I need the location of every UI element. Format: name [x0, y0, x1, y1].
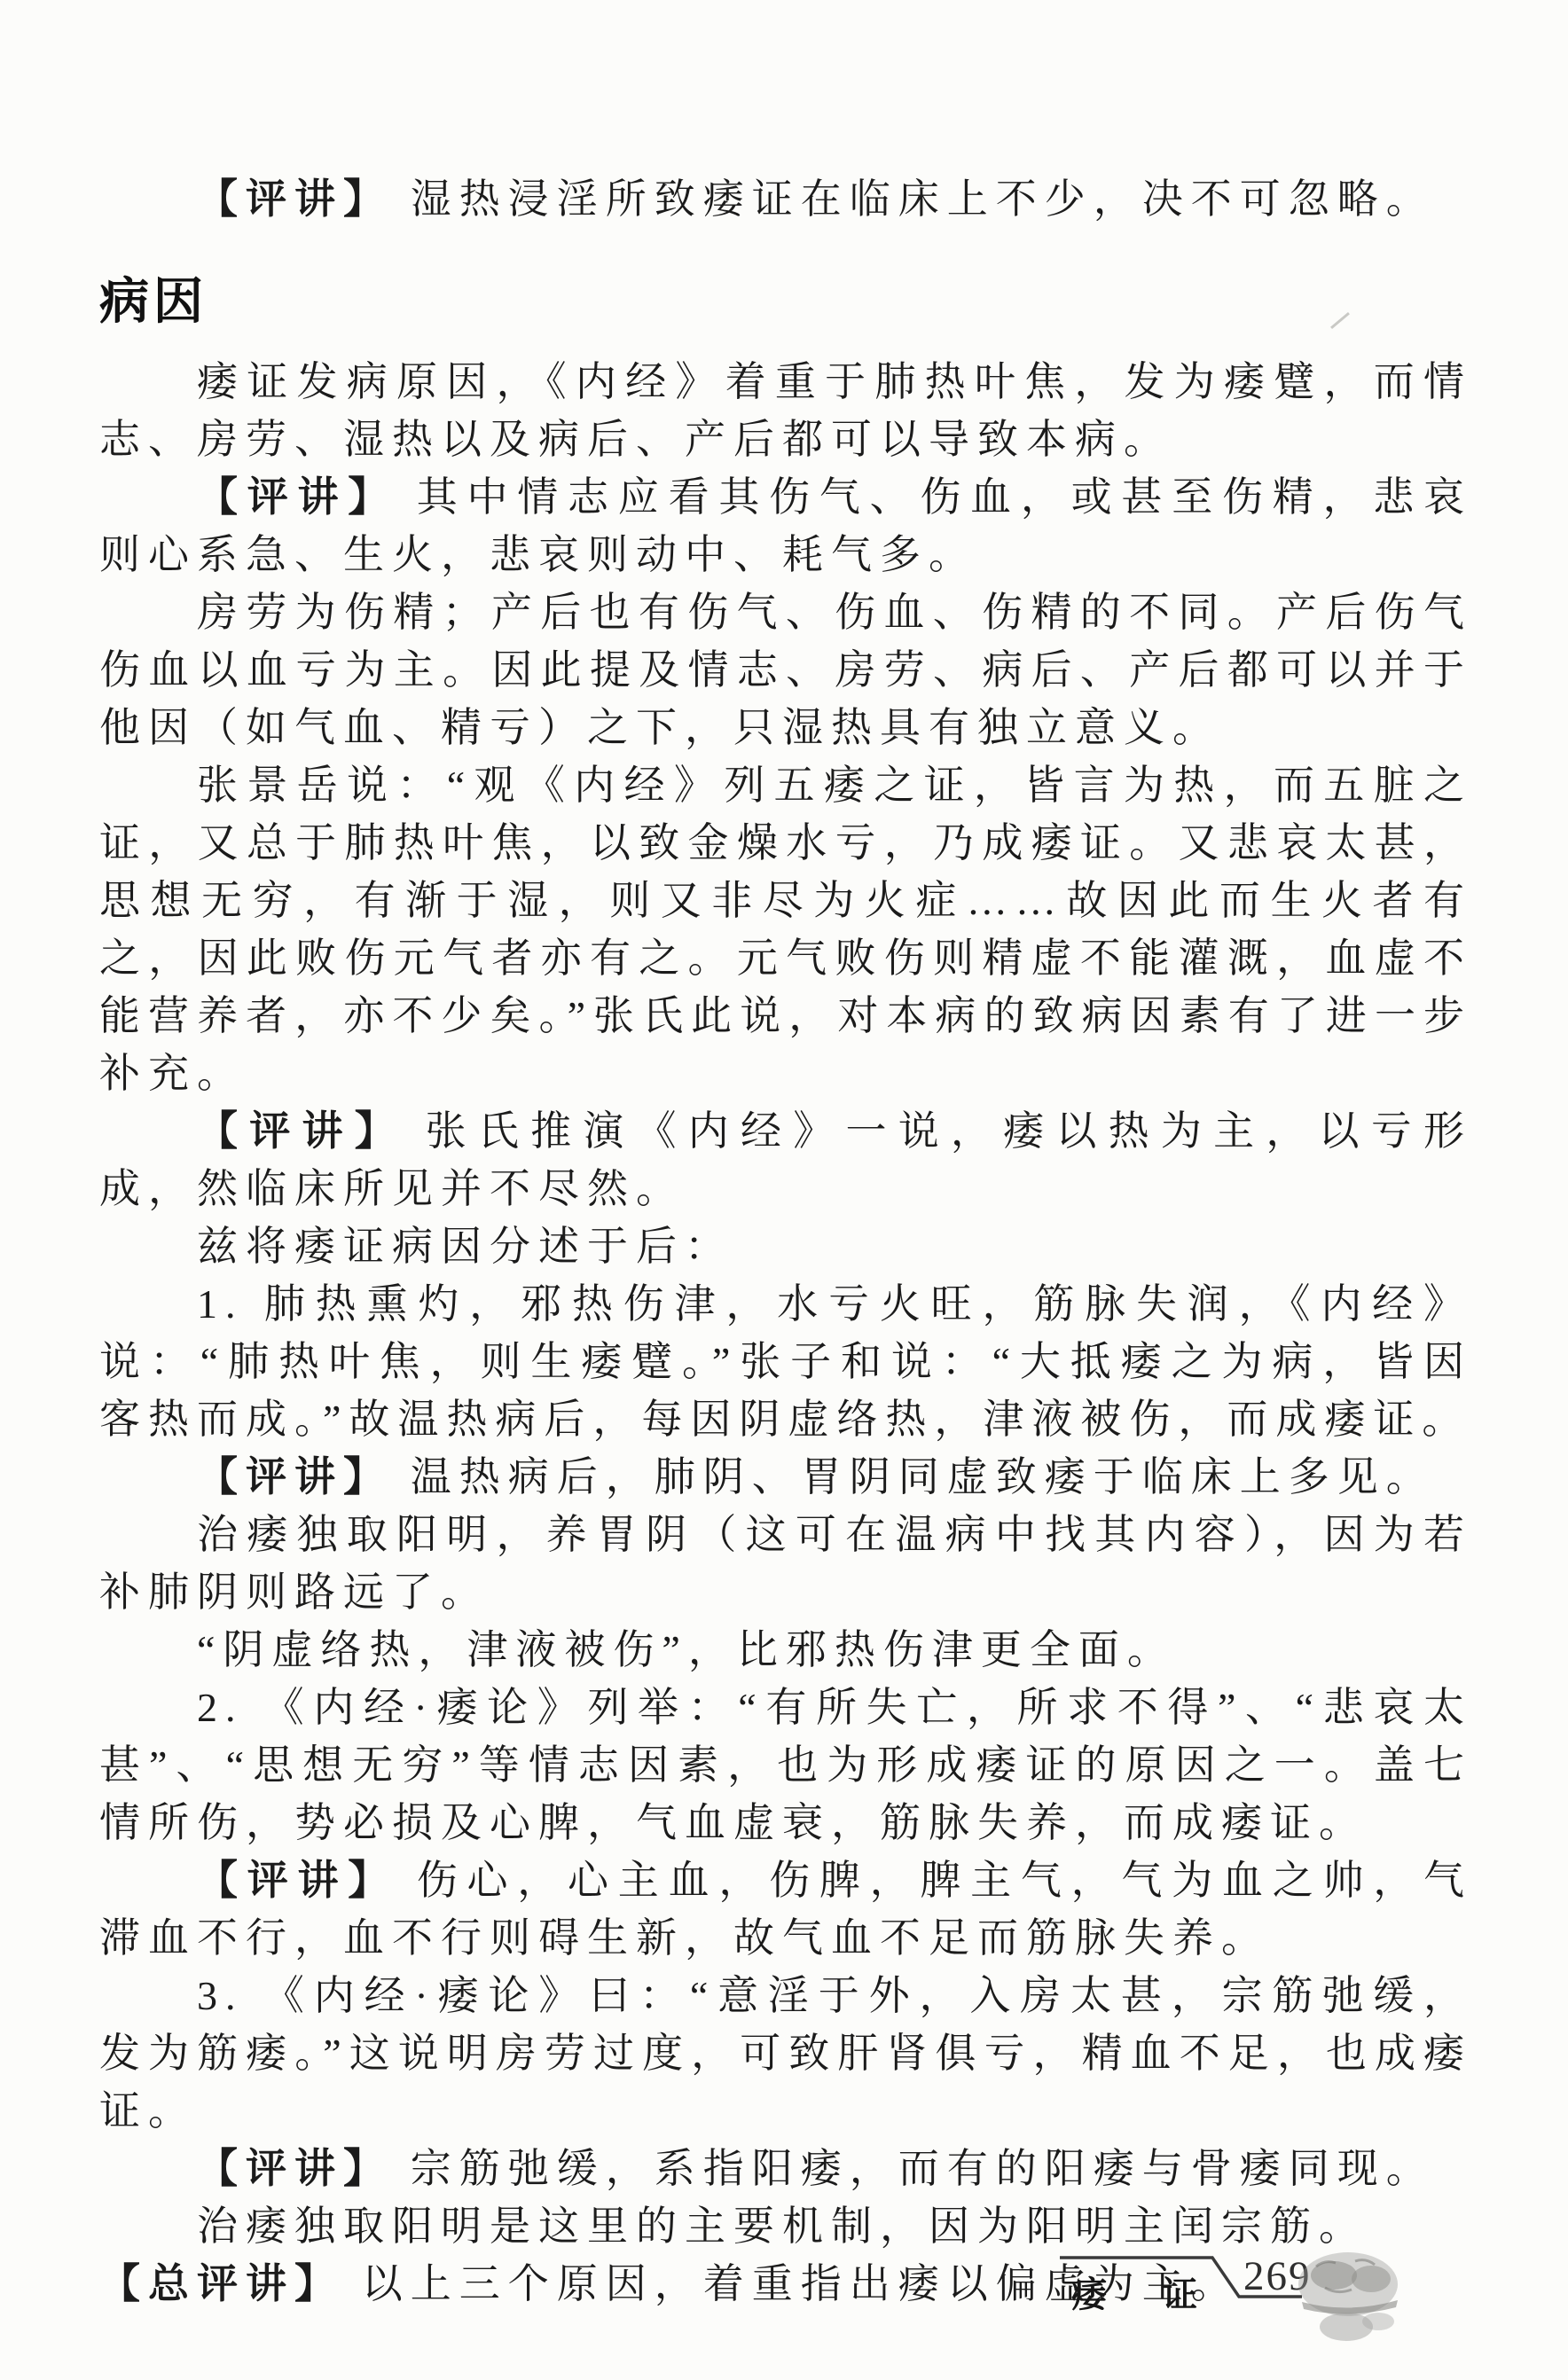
comment-label: 【评讲】: [197, 1858, 398, 1903]
paragraph-text: 1. 肺热熏灼，邪热伤津，水亏火旺，筋脉失润，《内经》说：“肺热叶焦，则生痿躄。…: [99, 1281, 1472, 1442]
paragraph-text: 宗筋弛缓，系指阳痿，而有的阳痿与骨痿同现。: [411, 2146, 1435, 2191]
section-heading-etiology: 病因: [99, 262, 208, 333]
paragraph-text: 2. 《内经·痿论》列举：“有所失亡，所求不得”、“悲哀太甚”、“思想无穷”等情…: [99, 1685, 1472, 1845]
comment-label: 【总评讲】: [99, 2261, 343, 2306]
comment-label: 【评讲】: [197, 474, 398, 520]
paragraph-text: 湿热浸淫所致痿证在临床上不少，决不可忽略。: [411, 176, 1435, 222]
paragraph: 治痿独取阳明是这里的主要机制，因为阳明主闰宗筋。: [99, 2197, 1472, 2255]
paragraph: 【评讲】其中情志应看其伤气、伤血，或甚至伤精，悲哀则心系急、生火，悲哀则动中、耗…: [99, 468, 1472, 583]
scan-artifact-mark: [1330, 312, 1350, 329]
paragraph-text: “阴虚络热，津液被伤”，比邪热伤津更全面。: [197, 1627, 1176, 1672]
paragraph: 【评讲】伤心，心主血，伤脾，脾主气，气为血之帅，气滞血不行，血不行则碍生新，故气…: [99, 1852, 1472, 1967]
comment-label: 【评讲】: [197, 176, 392, 222]
comment-label: 【评讲】: [197, 1108, 407, 1154]
library-stamp-icon: [1293, 2247, 1404, 2349]
comment-label: 【评讲】: [197, 1454, 392, 1499]
paragraph: 1. 肺热熏灼，邪热伤津，水亏火旺，筋脉失润，《内经》说：“肺热叶焦，则生痿躄。…: [99, 1275, 1472, 1448]
paragraph: 房劳为伤精；产后也有伤气、伤血、伤精的不同。产后伤气伤血以血亏为主。因此提及情志…: [99, 583, 1472, 756]
scanned-book-page: 【评讲】湿热浸淫所致痿证在临床上不少，决不可忽略。 病因 痿证发病原因，《内经》…: [0, 0, 1568, 2380]
intro-paragraph: 【评讲】湿热浸淫所致痿证在临床上不少，决不可忽略。: [99, 170, 1472, 228]
paragraph: 【评讲】温热病后，肺阴、胃阴同虚致痿于临床上多见。: [99, 1448, 1472, 1506]
main-text-column: 痿证发病原因，《内经》着重于肺热叶焦，发为痿躄，而情志、房劳、湿热以及病后、产后…: [99, 353, 1472, 2313]
paragraph-text: 治痿独取阳明是这里的主要机制，因为阳明主闰宗筋。: [197, 2204, 1368, 2249]
paragraph-text: 兹将痿证病因分述于后：: [197, 1224, 733, 1269]
paragraph: 【评讲】宗筋弛缓，系指阳痿，而有的阳痿与骨痿同现。: [99, 2140, 1472, 2197]
footer-book-title: 痿证: [1071, 2266, 1252, 2317]
comment-label: 【评讲】: [197, 2146, 392, 2191]
paragraph-text: 治痿独取阳明，养胃阴（这可在温病中找其内容），因为若补肺阴则路远了。: [99, 1512, 1472, 1615]
paragraph-text: 张景岳说：“观《内经》列五痿之证，皆言为热，而五脏之证，又总于肺热叶焦，以致金燥…: [99, 763, 1472, 1096]
paragraph: 兹将痿证病因分述于后：: [99, 1217, 1472, 1275]
paragraph-text: 3. 《内经·痿论》曰：“意淫于外，入房太甚，宗筋弛缓，发为筋痿。”这说明房劳过…: [99, 1973, 1472, 2133]
paragraph: 2. 《内经·痿论》列举：“有所失亡，所求不得”、“悲哀太甚”、“思想无穷”等情…: [99, 1679, 1472, 1852]
paragraph-text: 房劳为伤精；产后也有伤气、伤血、伤精的不同。产后伤气伤血以血亏为主。因此提及情志…: [99, 590, 1472, 750]
paragraph: 痿证发病原因，《内经》着重于肺热叶焦，发为痿躄，而情志、房劳、湿热以及病后、产后…: [99, 353, 1472, 468]
paragraph: 【评讲】张氏推演《内经》一说，痿以热为主，以亏形成，然临床所见并不尽然。: [99, 1102, 1472, 1217]
paragraph: 3. 《内经·痿论》曰：“意淫于外，入房太甚，宗筋弛缓，发为筋痿。”这说明房劳过…: [99, 1967, 1472, 2140]
paragraph: “阴虚络热，津液被伤”，比邪热伤津更全面。: [99, 1621, 1472, 1679]
paragraph: 张景岳说：“观《内经》列五痿之证，皆言为热，而五脏之证，又总于肺热叶焦，以致金燥…: [99, 756, 1472, 1102]
paragraph-text: 痿证发病原因，《内经》着重于肺热叶焦，发为痿躄，而情志、房劳、湿热以及病后、产后…: [99, 359, 1472, 462]
paragraph: 治痿独取阳明，养胃阴（这可在温病中找其内容），因为若补肺阴则路远了。: [99, 1506, 1472, 1621]
paragraph-text: 温热病后，肺阴、胃阴同虚致痿于临床上多见。: [411, 1454, 1435, 1499]
